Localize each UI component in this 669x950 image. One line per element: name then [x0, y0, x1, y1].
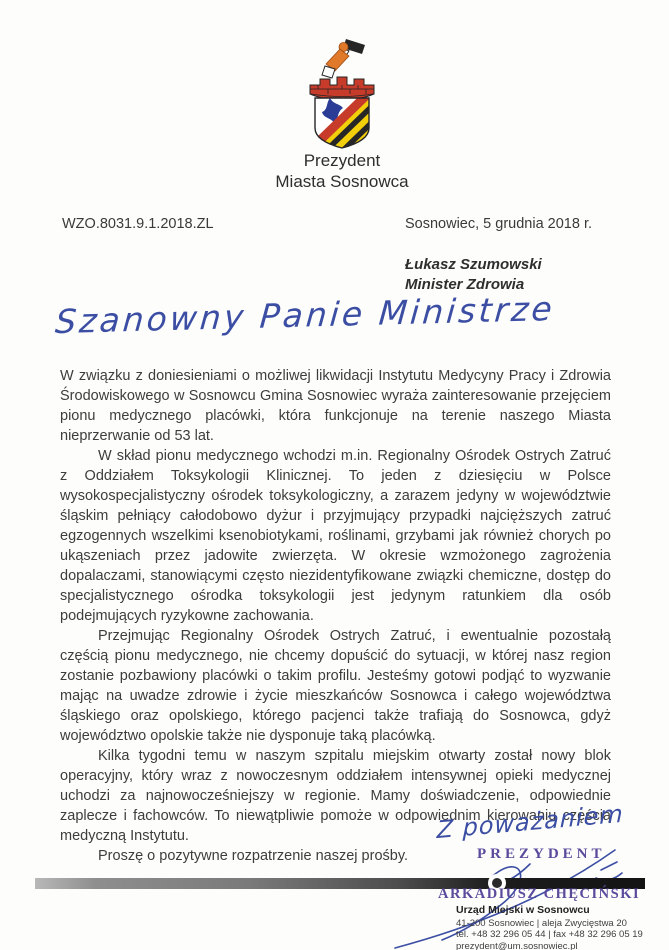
body-paragraph: W skład pionu medycznego wchodzi m.in. R… — [60, 446, 611, 626]
place-and-date: Sosnowiec, 5 grudnia 2018 r. — [405, 216, 592, 232]
footer-contact-block: Urząd Miejski w Sosnowcu 41-200 Sosnowie… — [456, 905, 643, 950]
president-stamp-name: ARKADIUSZ CHĘCIŃSKI — [438, 886, 640, 903]
letterhead-line-1: Prezydent — [242, 150, 442, 171]
letter-body: W związku z doniesieniami o możliwej lik… — [60, 366, 611, 866]
footer-address: 41-200 Sosnowiec | aleja Zwycięstwa 20 — [456, 918, 643, 930]
footer-email: prezydent@um.sosnowiec.pl — [456, 941, 643, 950]
body-paragraph: W związku z doniesieniami o możliwej lik… — [60, 366, 611, 446]
letter-page: Prezydent Miasta Sosnowca WZO.8031.9.1.2… — [0, 0, 669, 950]
reference-number: WZO.8031.9.1.2018.ZL — [62, 216, 214, 232]
footer-office-name: Urząd Miejski w Sosnowcu — [456, 905, 643, 917]
letterhead-title: Prezydent Miasta Sosnowca — [242, 150, 442, 192]
letterhead-line-2: Miasta Sosnowca — [242, 171, 442, 192]
body-paragraph: Przejmując Regionalny Ośrodek Ostrych Za… — [60, 626, 611, 746]
handwritten-salutation: Szanowny Panie Ministrze — [54, 289, 556, 341]
footer-phone: tel. +48 32 296 05 44 | fax +48 32 296 0… — [456, 929, 643, 941]
recipient-name: Łukasz Szumowski — [405, 255, 542, 275]
city-coat-of-arms-icon — [298, 36, 386, 150]
